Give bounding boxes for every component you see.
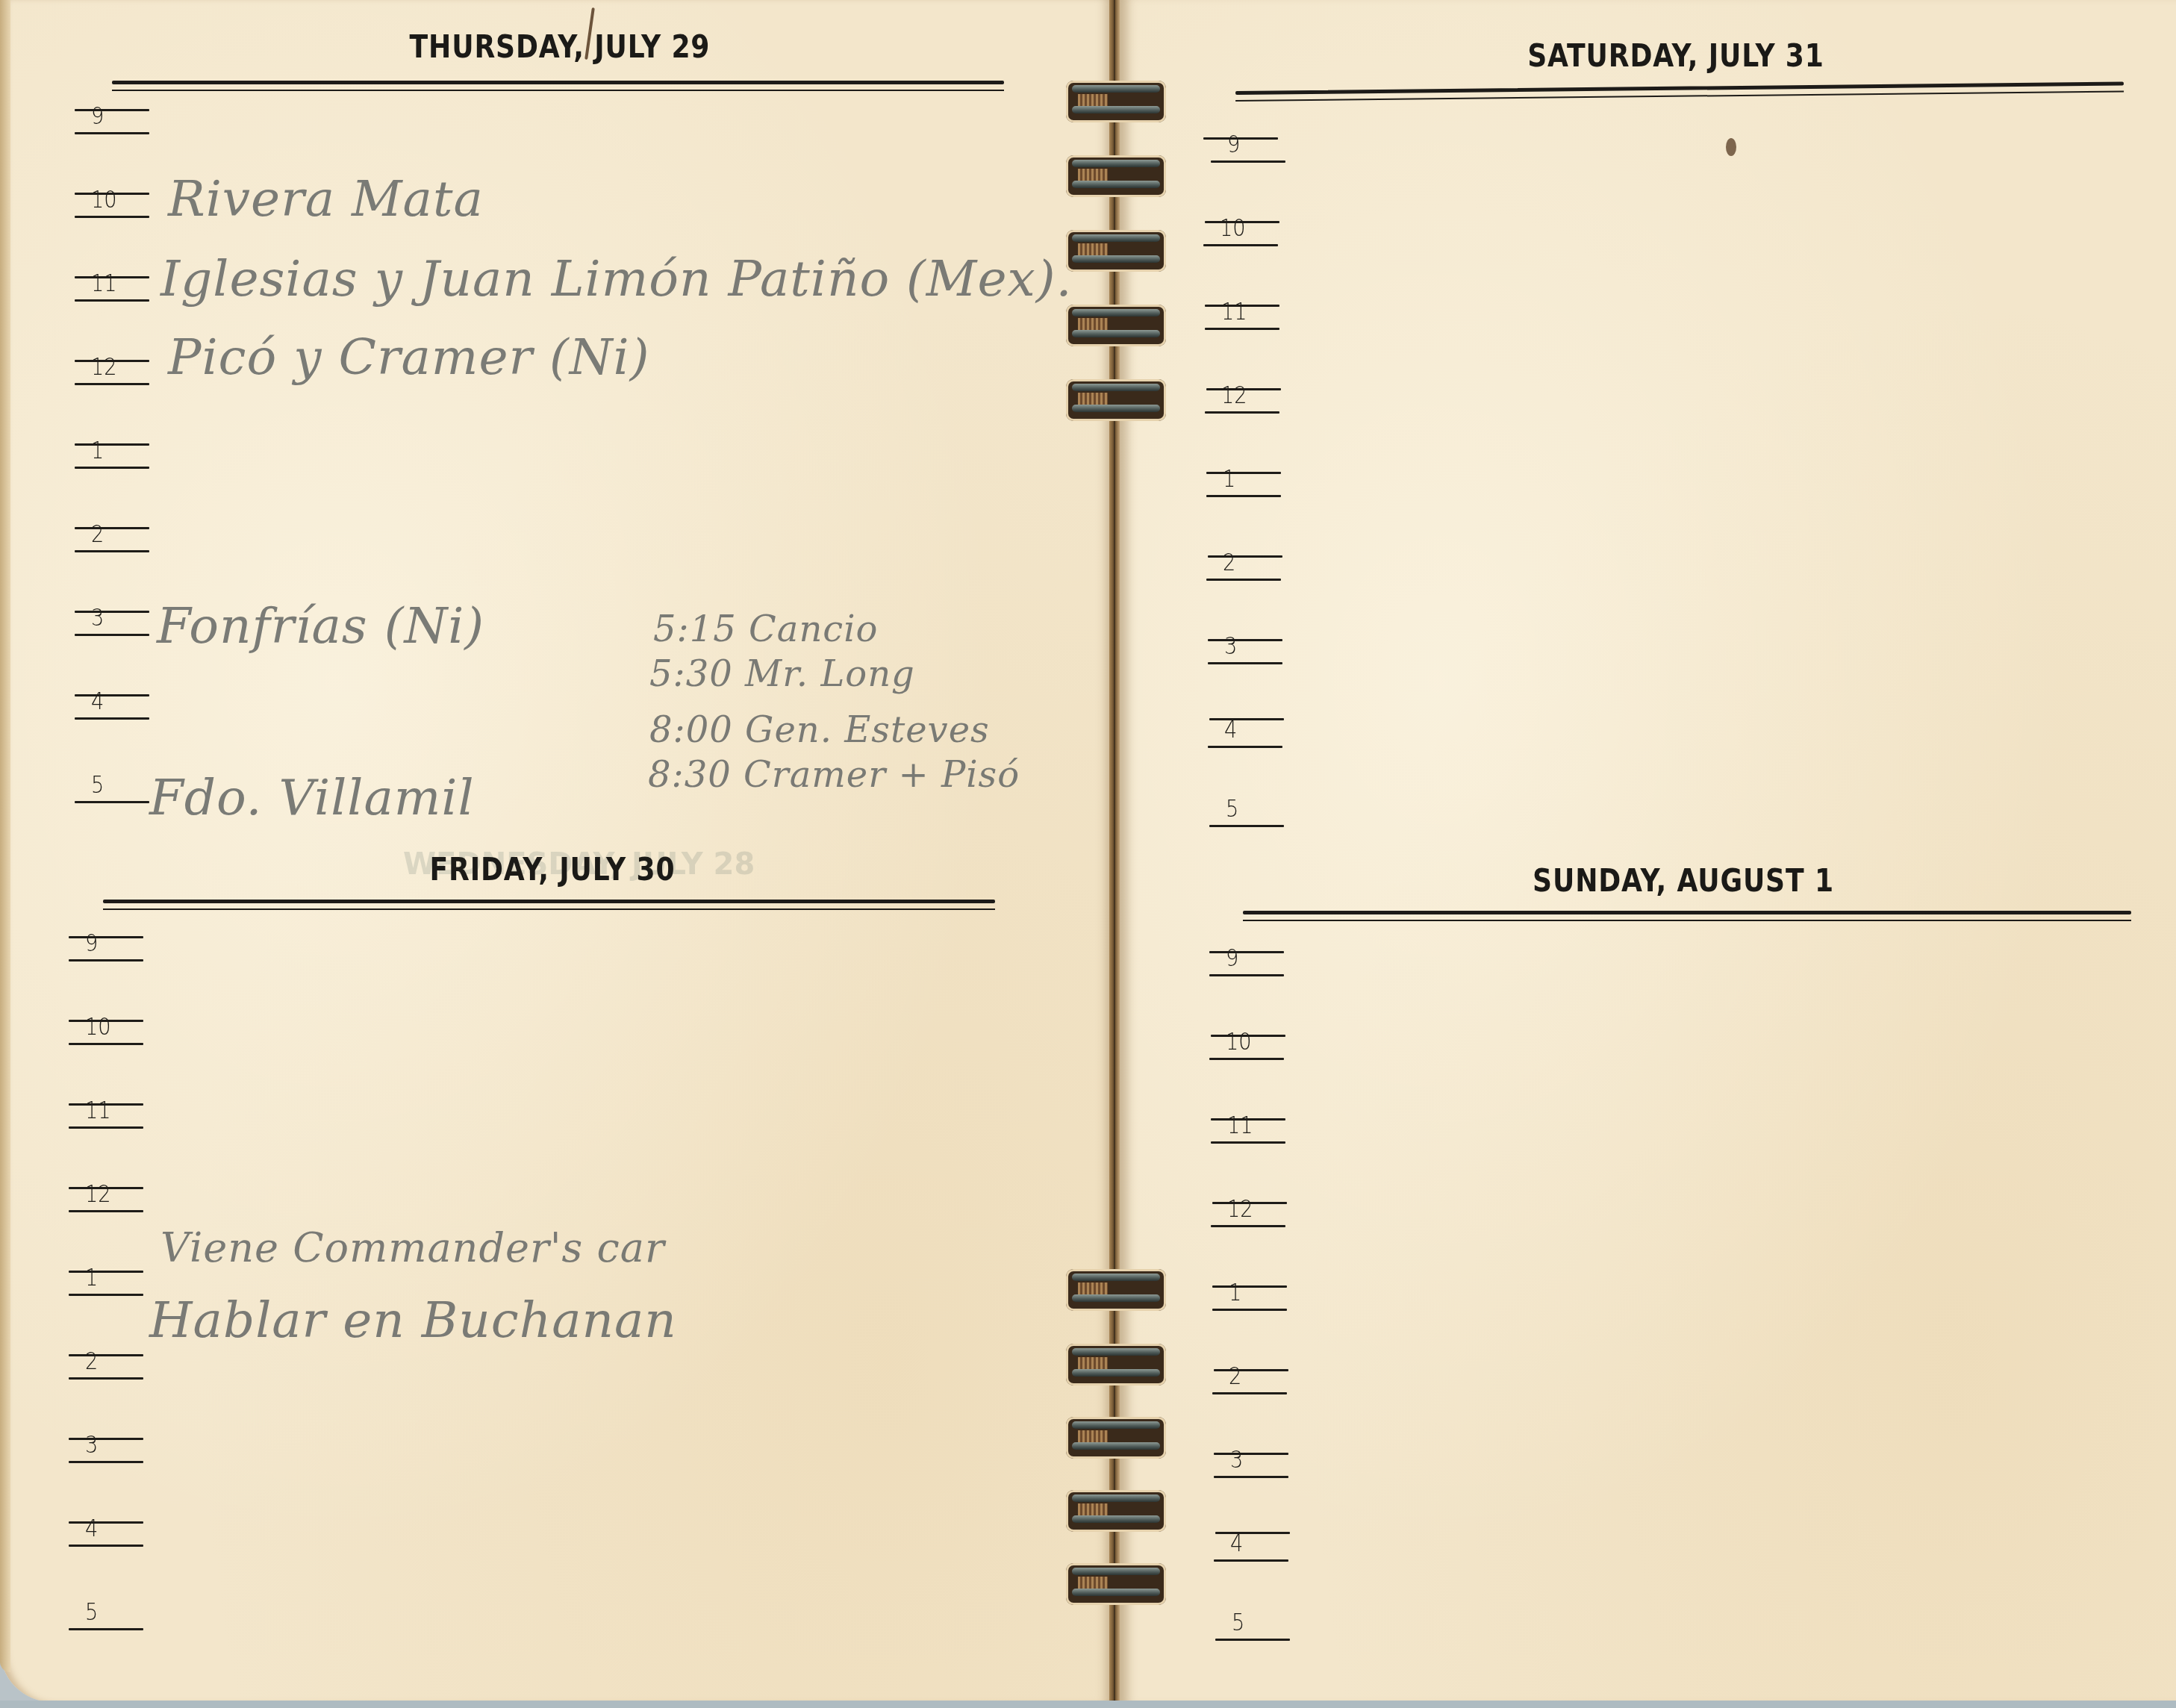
left-page-edge [0, 0, 10, 1672]
spiral-ring [1066, 305, 1166, 346]
handwritten-entry: Hablar en Buchanan [149, 1291, 677, 1349]
spiral-ring [1066, 379, 1166, 421]
spiral-ring [1066, 1563, 1166, 1605]
day-header-friday: FRIDAY, JULY 30 [372, 851, 732, 888]
hour-slot[interactable]: 5 [75, 752, 149, 803]
hour-slot[interactable]: 5 [1215, 1590, 1290, 1641]
spiral-ring [1066, 155, 1166, 197]
handwritten-entry: Fonfrías (Ni) [157, 597, 484, 655]
spiral-ring [1066, 1269, 1166, 1311]
evening-entry: 5:30 Mr. Long [649, 653, 915, 695]
ink-stain [1726, 138, 1736, 156]
evening-entry: 8:00 Gen. Esteves [649, 709, 990, 751]
hour-slot[interactable]: 5 [69, 1580, 143, 1630]
spiral-ring [1066, 1344, 1166, 1386]
day-header-saturday: SATURDAY, JULY 31 [1496, 37, 1856, 74]
handwritten-entry: Fdo. Villamil [149, 769, 475, 826]
hour-slot[interactable]: 4 [1214, 1511, 1288, 1562]
evening-entry: 8:30 Cramer + Pisó [648, 754, 1020, 796]
spiral-ring [1066, 1417, 1166, 1459]
hour-slot[interactable]: 4 [1208, 697, 1282, 748]
spiral-ring [1066, 1490, 1166, 1532]
handwritten-entry: Viene Commander's car [160, 1224, 665, 1271]
handwritten-entry: Rivera Mata [168, 170, 484, 228]
day-header-sunday: SUNDAY, AUGUST 1 [1503, 862, 1863, 899]
handwritten-entry: Picó y Cramer (Ni) [168, 328, 649, 386]
day-header-thursday: THURSDAY, JULY 29 [380, 28, 740, 65]
evening-entry: 5:15 Cancio [653, 608, 878, 650]
spiral-ring [1066, 230, 1166, 272]
hour-slot[interactable]: 5 [1209, 776, 1284, 827]
backdrop-strip [0, 1701, 2176, 1708]
spiral-ring [1066, 81, 1166, 122]
handwritten-entry: Iglesias y Juan Limón Patiño (Mex). [160, 250, 1072, 308]
